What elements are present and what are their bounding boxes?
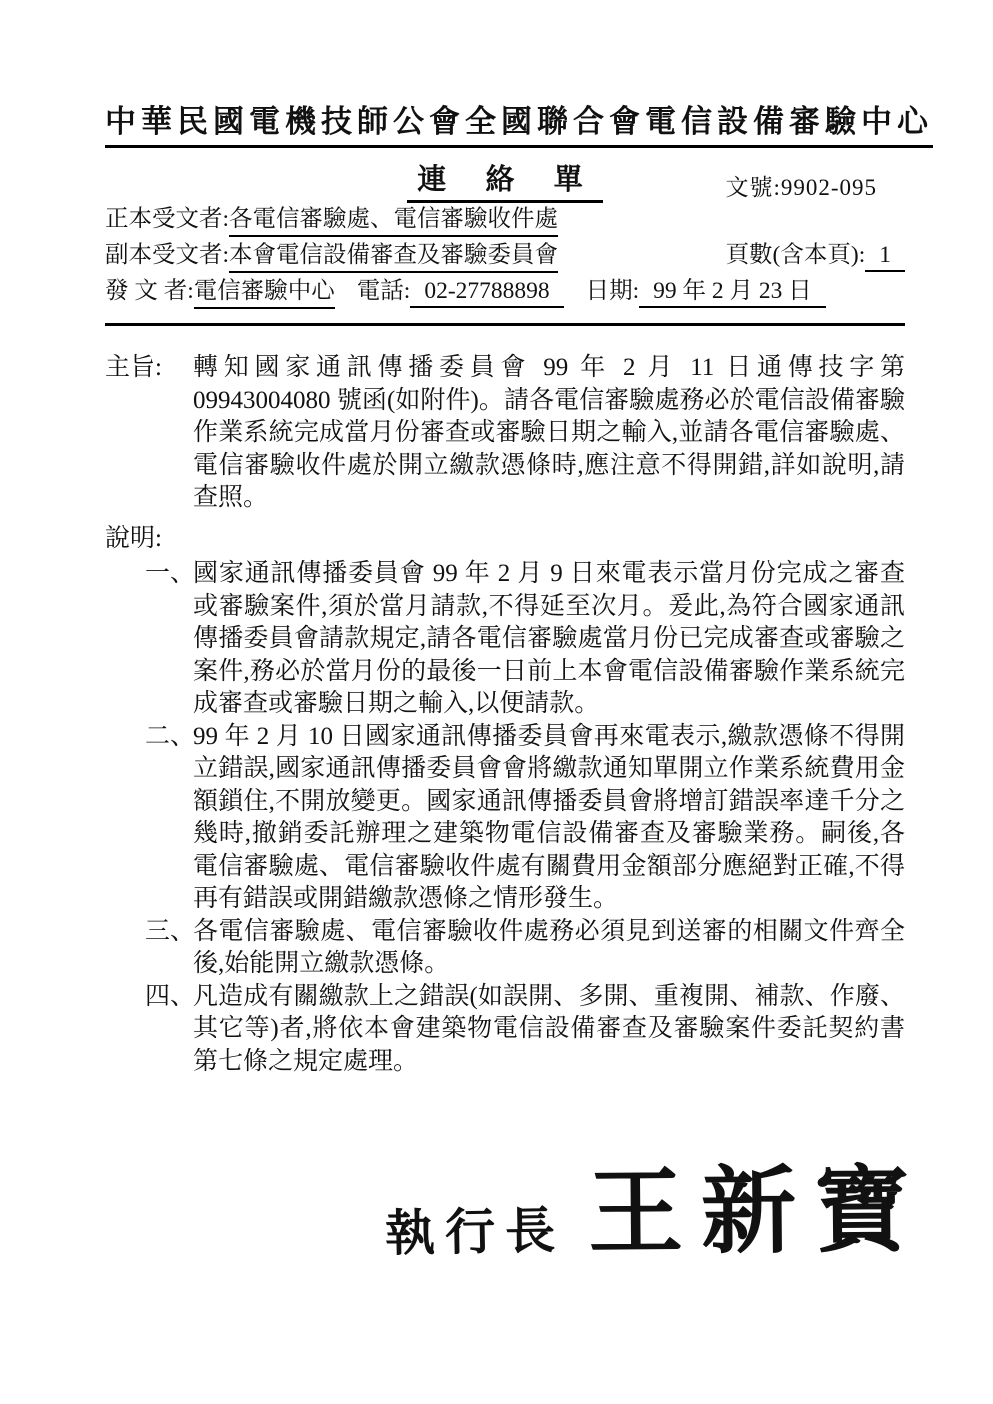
date-label: 日期: xyxy=(586,277,640,306)
pages-value: 1 xyxy=(865,241,905,272)
primary-recipient-row: 正本受文者: 各電信審驗處、電信審驗收件處 xyxy=(105,205,905,237)
list-item: 三、 各電信審驗處、電信審驗收件處務必須見到送審的相關文件齊全後,始能開立繳款憑… xyxy=(145,916,905,981)
copy-recipient-label: 副本受文者: xyxy=(105,241,229,270)
subject-label: 主旨: xyxy=(105,352,193,515)
doc-type-title: 連 絡 單 xyxy=(407,157,603,203)
primary-recipient-label: 正本受文者: xyxy=(105,205,229,234)
subject-text: 轉知國家通訊傳播委員會 99 年 2 月 11 日通傳技字第 099430040… xyxy=(193,352,905,515)
list-item-number: 一、 xyxy=(145,558,193,721)
explanation-list: 一、 國家通訊傳播委員會 99 年 2 月 9 日來電表示當月份完成之審查或審驗… xyxy=(145,558,905,1078)
list-item-text: 99 年 2 月 10 日國家通訊傳播委員會再來電表示,繳款憑條不得開立錯誤,國… xyxy=(193,721,905,916)
org-title: 中華民國電機技師公會全國聯合會電信設備審驗中心 xyxy=(105,96,933,148)
masthead: 中華民國電機技師公會全國聯合會電信設備審驗中心 xyxy=(105,96,905,148)
sender-label: 發 文 者: xyxy=(105,277,194,306)
list-item: 四、 凡造成有關繳款上之錯誤(如誤開、多開、重複開、補款、作廢、其它等)者,將依… xyxy=(145,981,905,1079)
sender-value: 電信審驗中心 xyxy=(194,277,335,309)
list-item-text: 凡造成有關繳款上之錯誤(如誤開、多開、重複開、補款、作廢、其它等)者,將依本會建… xyxy=(193,981,905,1079)
document-page: 中華民國電機技師公會全國聯合會電信設備審驗中心 連 絡 單 文號:9902-09… xyxy=(0,0,993,1404)
primary-recipient-value: 各電信審驗處、電信審驗收件處 xyxy=(229,205,558,237)
copy-recipient-value: 本會電信設備審查及審驗委員會 xyxy=(229,241,558,273)
signature-block: 執行長 王新寶 xyxy=(0,1140,993,1320)
list-item: 二、 99 年 2 月 10 日國家通訊傳播委員會再來電表示,繳款憑條不得開立錯… xyxy=(145,721,905,916)
pages-label: 頁數(含本頁): xyxy=(726,241,866,270)
phone-label: 電話: xyxy=(357,277,411,306)
doc-type-row: 連 絡 單 文號:9902-095 xyxy=(105,157,905,201)
list-item-number: 三、 xyxy=(145,916,193,981)
date-value: 99 年 2 月 23 日 xyxy=(639,277,826,308)
sender-row: 發 文 者: 電信審驗中心 電話: 02-27788898 日期: 99 年 2… xyxy=(105,277,905,309)
doc-number-label: 文號: xyxy=(725,175,780,200)
explanation-label: 說明: xyxy=(105,523,905,556)
subject-section: 主旨: 轉知國家通訊傳播委員會 99 年 2 月 11 日通傳技字第 09943… xyxy=(105,352,905,515)
doc-number: 文號:9902-095 xyxy=(725,169,877,202)
phone-value: 02-27788898 xyxy=(410,277,563,308)
list-item-number: 四、 xyxy=(145,981,193,1079)
divider xyxy=(105,323,905,326)
copy-recipient-row: 副本受文者: 本會電信設備審查及審驗委員會 頁數(含本頁): 1 xyxy=(105,241,905,273)
list-item-text: 國家通訊傳播委員會 99 年 2 月 9 日來電表示當月份完成之審查或審驗案件,… xyxy=(193,558,905,721)
list-item: 一、 國家通訊傳播委員會 99 年 2 月 9 日來電表示當月份完成之審查或審驗… xyxy=(145,558,905,721)
doc-number-value: 9902-095 xyxy=(781,175,877,200)
header-fields: 正本受文者: 各電信審驗處、電信審驗收件處 副本受文者: 本會電信設備審查及審驗… xyxy=(105,205,905,309)
signature-title: 執行長 xyxy=(384,1190,565,1265)
list-item-number: 二、 xyxy=(145,721,193,916)
signature-name: 王新寶 xyxy=(587,1135,927,1274)
list-item-text: 各電信審驗處、電信審驗收件處務必須見到送審的相關文件齊全後,始能開立繳款憑條。 xyxy=(193,916,905,981)
